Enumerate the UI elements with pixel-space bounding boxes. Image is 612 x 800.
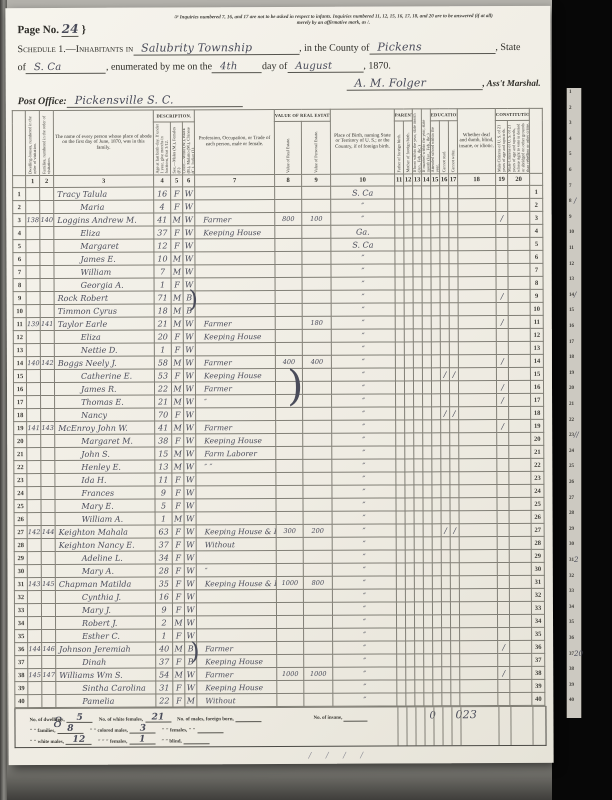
- cell-color: W: [184, 564, 196, 577]
- cell-mother-foreign: [405, 407, 414, 420]
- cell-birthplace: ″: [331, 355, 395, 368]
- cell-occupation: [196, 408, 276, 421]
- cell-real-estate: [276, 589, 303, 602]
- cell-real-estate: [276, 394, 303, 407]
- cell-line-number: 23: [14, 474, 27, 487]
- cell-age: 53: [154, 369, 171, 382]
- cell-name: Nancy: [55, 408, 155, 421]
- cell-personal-estate: [304, 693, 333, 706]
- sliver-line-number: 19: [569, 371, 574, 377]
- cell-color: W: [183, 343, 195, 356]
- cell-male-citizen: /: [497, 420, 509, 433]
- summary-value: [236, 713, 262, 722]
- cell-color: W: [183, 200, 195, 213]
- cell-occupation: Keeping House: [195, 226, 275, 239]
- cell-personal-estate: [304, 615, 333, 628]
- ink-mark-023: 023: [455, 708, 477, 721]
- cell-birth-month: [413, 212, 422, 225]
- col-num-10: 10: [331, 174, 395, 186]
- cell-vote-denied: [509, 406, 531, 419]
- cell-age: 31: [156, 681, 173, 694]
- cell-family: 140: [40, 213, 54, 226]
- cell-birthplace: ″: [332, 550, 396, 563]
- num-blank-left: [13, 176, 26, 188]
- cell-occupation: [196, 473, 276, 486]
- cell-school: [431, 342, 440, 355]
- page-no-label: Page No.: [17, 24, 59, 36]
- cell-cannot-read: [440, 290, 449, 303]
- cell-birthplace: ″: [333, 680, 397, 693]
- cell-sex: F: [172, 564, 184, 577]
- cell-cannot-write: [449, 355, 458, 368]
- cell-deaf-dumb: [458, 303, 496, 316]
- page-no-brace: }: [82, 24, 86, 36]
- footer-grid-rule: [433, 707, 434, 745]
- sliver-line-number: 15: [569, 308, 574, 314]
- state-suffix: , State: [495, 42, 520, 53]
- cell-mother-foreign: [404, 277, 413, 290]
- cell-vote-denied: [508, 276, 530, 289]
- cell-occupation: [196, 603, 276, 616]
- cell-vote-denied: [509, 380, 531, 393]
- cell-dwelling: 138: [26, 214, 40, 227]
- cell-age: 1: [155, 512, 172, 525]
- col-head-male-citizen: Male Citizens of U. S. of 21 years of ag…: [495, 121, 507, 174]
- cell-birth-month: [413, 381, 422, 394]
- sliver-line-number: 9: [569, 215, 572, 221]
- cell-family: [42, 655, 56, 668]
- cell-birth-month: [414, 563, 423, 576]
- cell-line-number-right: 33: [531, 601, 544, 614]
- cell-cannot-read: [440, 225, 449, 238]
- cell-family: [41, 447, 55, 460]
- cell-age: 5: [155, 499, 172, 512]
- cell-vote-denied: [510, 640, 532, 653]
- cell-line-number-right: 17: [531, 393, 544, 406]
- cell-occupation: [196, 499, 276, 512]
- cell-birthplace: ″: [333, 693, 397, 706]
- summary-value: 3: [130, 725, 156, 734]
- cell-mother-foreign: [404, 238, 413, 251]
- cell-birthplace: ″: [332, 459, 396, 472]
- cell-deaf-dumb: [458, 342, 496, 355]
- cell-mother-foreign: [404, 225, 413, 238]
- cell-marriage-month: [422, 238, 431, 251]
- cell-personal-estate: [303, 433, 332, 446]
- cell-age: 13: [155, 460, 172, 473]
- cell-line-number: 9: [13, 292, 26, 305]
- cell-name: Eliza: [54, 226, 154, 239]
- cell-occupation: [195, 239, 275, 252]
- cell-marriage-month: [422, 329, 431, 342]
- cell-real-estate: [276, 485, 303, 498]
- cell-male-citizen: /: [498, 640, 510, 653]
- cell-birthplace: ″: [331, 368, 395, 381]
- cell-line-number: 5: [13, 240, 26, 253]
- cell-line-number-right: 24: [531, 484, 544, 497]
- cell-male-citizen: [498, 614, 510, 627]
- cell-family: [40, 187, 54, 200]
- sliver-ink-mark: //: [574, 431, 579, 439]
- cell-vote-denied: [510, 679, 532, 692]
- cell-birth-month: [415, 615, 424, 628]
- col-head-birthplace: Place of Birth, naming State or Territor…: [330, 109, 394, 174]
- cell-age: 37: [154, 226, 171, 239]
- cell-name: Johnson Jeremiah: [56, 642, 156, 655]
- cell-color: W: [184, 551, 196, 564]
- sliver-line-number: 34: [569, 605, 574, 611]
- cell-mother-foreign: [404, 212, 413, 225]
- cell-male-citizen: /: [498, 666, 510, 679]
- cell-sex: M: [171, 265, 183, 278]
- cell-school: [433, 667, 442, 680]
- cell-birthplace: S. Ca: [331, 186, 395, 199]
- cell-deaf-dumb: [458, 264, 496, 277]
- col-num-12: 12: [404, 174, 413, 186]
- cell-male-citizen: /: [496, 355, 508, 368]
- insane-label: No. of insane,: [313, 716, 342, 721]
- cell-dwelling: [26, 201, 40, 214]
- cell-personal-estate: [303, 550, 332, 563]
- cell-family: [40, 291, 54, 304]
- cell-real-estate: [277, 654, 304, 667]
- sliver-line-number: 28: [569, 511, 574, 517]
- cell-real-estate: 300: [276, 524, 303, 537]
- cell-line-number-right: 1: [530, 185, 543, 198]
- cell-father-foreign: [396, 459, 405, 472]
- sliver-line-number: 16: [569, 324, 574, 330]
- cell-occupation: Keeping House: [197, 655, 277, 668]
- cell-name: Rock Robert: [54, 291, 154, 304]
- cell-marriage-month: [422, 199, 431, 212]
- cell-age: 22: [154, 382, 171, 395]
- cell-sex: M: [172, 395, 184, 408]
- cell-occupation: [195, 187, 275, 200]
- cell-birth-month: [413, 290, 422, 303]
- cell-vote-denied: [509, 549, 531, 562]
- cell-line-number: 17: [14, 396, 27, 409]
- summary-label: No. of white females,: [99, 718, 143, 723]
- cell-name: William: [54, 265, 154, 278]
- cell-family: [41, 460, 55, 473]
- cell-cannot-read: [441, 602, 450, 615]
- cell-name: Boggs Neely J.: [54, 356, 154, 369]
- cell-occupation: ″: [196, 564, 276, 577]
- cell-deaf-dumb: [458, 329, 496, 342]
- cell-occupation: Keeping House: [196, 434, 276, 447]
- cell-birth-month: [414, 550, 423, 563]
- cell-name: Ida H.: [55, 473, 155, 486]
- cell-real-estate: [277, 641, 304, 654]
- col-head-family: Families, numbered in the order of visit…: [39, 110, 53, 175]
- col-head-school: Attended school within the year.: [430, 121, 439, 174]
- cell-sex: F: [171, 239, 183, 252]
- col-head-sex: Sex.—Males (M.), Females (F.): [170, 122, 182, 175]
- cell-deaf-dumb: [460, 628, 498, 641]
- cell-birth-month: [413, 303, 422, 316]
- cell-vote-denied: [509, 536, 531, 549]
- cell-age: 20: [154, 330, 171, 343]
- cell-cannot-write: [449, 212, 458, 225]
- cell-line-number: 29: [14, 552, 27, 565]
- cell-mother-foreign: [404, 264, 413, 277]
- cell-birthplace: ″: [332, 433, 396, 446]
- cell-family: [40, 330, 54, 343]
- cell-deaf-dumb: [458, 199, 496, 212]
- cell-line-number-right: 6: [530, 250, 543, 263]
- cell-dwelling: [26, 292, 40, 305]
- cell-occupation: [197, 616, 277, 629]
- cell-marriage-month: [424, 693, 433, 706]
- sliver-line-number: 22: [569, 418, 574, 424]
- sliver-line-number: 27: [569, 496, 574, 502]
- cell-occupation: Keeping House: [197, 681, 277, 694]
- col-head-dwelling: Dwelling-houses, numbered in the order o…: [25, 111, 39, 176]
- cell-mother-foreign: [405, 602, 414, 615]
- cell-cannot-write: [450, 485, 459, 498]
- cell-vote-denied: [508, 250, 530, 263]
- cell-mother-foreign: [406, 654, 415, 667]
- cell-birthplace: ″: [332, 394, 396, 407]
- cell-deaf-dumb: [459, 589, 497, 602]
- cell-deaf-dumb: [458, 316, 496, 329]
- cell-dwelling: [27, 487, 41, 500]
- cell-occupation: [197, 629, 277, 642]
- cell-marriage-month: [423, 602, 432, 615]
- cell-cannot-read: [440, 303, 449, 316]
- cell-color: M: [185, 694, 197, 707]
- group-real-estate: VALUE OF REAL ESTATE OWNED.: [274, 109, 330, 121]
- cell-mother-foreign: [404, 316, 413, 329]
- cell-male-citizen: [496, 199, 508, 212]
- cell-age: 9: [155, 603, 172, 616]
- cell-cannot-read: [442, 641, 451, 654]
- cell-personal-estate: [303, 602, 332, 615]
- cell-school: [432, 433, 441, 446]
- cell-vote-denied: [509, 432, 531, 445]
- summary-line-3: ″ ″ white males,12″ ″ ″ females,1″ ″ bli…: [30, 735, 216, 745]
- col-num-18: 18: [458, 174, 496, 186]
- cell-mother-foreign: [404, 368, 413, 381]
- cell-personal-estate: [303, 563, 332, 576]
- cell-mother-foreign: [404, 303, 413, 316]
- cell-birth-month: [415, 667, 424, 680]
- cell-real-estate: 1000: [277, 667, 304, 680]
- col-num-6: 6: [183, 175, 195, 187]
- cell-sex: M: [171, 317, 183, 330]
- month-value: August: [287, 61, 363, 73]
- cell-age: 71: [154, 291, 171, 304]
- cell-birthplace: ″: [332, 602, 396, 615]
- cell-sex: M: [172, 512, 184, 525]
- cell-school: [432, 472, 441, 485]
- cell-sex: M: [172, 460, 184, 473]
- cell-family: [40, 252, 54, 265]
- cell-mother-foreign: [404, 186, 413, 199]
- cell-dwelling: [27, 435, 41, 448]
- cell-cannot-write: /: [450, 407, 459, 420]
- cell-vote-denied: [508, 328, 530, 341]
- cell-mother-foreign: [406, 693, 415, 706]
- cell-cannot-read: /: [441, 407, 450, 420]
- cell-male-citizen: [498, 653, 510, 666]
- cell-line-number: 4: [13, 227, 26, 240]
- cell-age: 38: [155, 434, 172, 447]
- cell-age: 4: [154, 200, 171, 213]
- cell-color: W: [184, 460, 196, 473]
- summary-label: No. of males, foreign born,: [177, 717, 234, 722]
- cell-mother-foreign: [405, 459, 414, 472]
- cell-birthplace: ″: [332, 472, 396, 485]
- cell-real-estate: [276, 563, 303, 576]
- footer-grid-rule: [460, 707, 461, 745]
- cell-name: McEnroy John W.: [55, 421, 155, 434]
- cell-occupation: Farmer: [197, 668, 277, 681]
- cell-occupation: ″: [196, 395, 276, 408]
- insane-value: [344, 716, 368, 722]
- sliver-line-number: 26: [569, 480, 574, 486]
- cell-marriage-month: [424, 615, 433, 628]
- cell-real-estate: [276, 407, 303, 420]
- cell-mother-foreign: [405, 472, 414, 485]
- cell-line-number: 12: [13, 331, 26, 344]
- cell-school: [432, 576, 441, 589]
- cell-line-number: 28: [14, 539, 27, 552]
- cell-cannot-read: [442, 680, 451, 693]
- cell-personal-estate: [303, 446, 332, 459]
- cell-sex: F: [172, 499, 184, 512]
- cell-birthplace: ″: [331, 212, 395, 225]
- cell-deaf-dumb: [459, 407, 497, 420]
- summary-label: No. of dwellings,: [29, 718, 64, 723]
- cell-name: Mary A.: [55, 564, 155, 577]
- cell-cannot-read: [441, 589, 450, 602]
- cell-real-estate: [275, 186, 302, 199]
- cell-line-number-right: 32: [531, 588, 544, 601]
- cell-cannot-write: [450, 472, 459, 485]
- cell-birth-month: [414, 537, 423, 550]
- cell-dwelling: [28, 630, 42, 643]
- cell-name: James E.: [54, 252, 154, 265]
- cell-color: B: [185, 642, 197, 655]
- cell-birthplace: ″: [333, 654, 397, 667]
- cell-line-number-right: 2: [530, 198, 543, 211]
- cell-occupation: [196, 486, 276, 499]
- cell-dwelling: [28, 695, 42, 708]
- cell-cannot-read: [441, 394, 450, 407]
- cell-cannot-write: [450, 602, 459, 615]
- cell-family: [41, 473, 55, 486]
- cell-marriage-month: [422, 316, 431, 329]
- cell-male-citizen: [497, 562, 509, 575]
- cell-cannot-read: [440, 238, 449, 251]
- cell-sex: F: [171, 343, 183, 356]
- cell-personal-estate: 100: [302, 212, 331, 225]
- cell-birthplace: ″: [331, 199, 395, 212]
- cell-cannot-read: [441, 459, 450, 472]
- cell-school: [432, 563, 441, 576]
- cell-name: Eliza: [54, 330, 154, 343]
- cell-family: [40, 265, 54, 278]
- cell-cannot-write: [449, 264, 458, 277]
- cell-personal-estate: [304, 654, 333, 667]
- cell-dwelling: 139: [26, 318, 40, 331]
- cell-real-estate: [276, 537, 303, 550]
- cell-real-estate: [275, 342, 302, 355]
- cell-dwelling: [27, 448, 41, 461]
- cell-age: 35: [155, 577, 172, 590]
- cell-marriage-month: [423, 485, 432, 498]
- cell-father-foreign: [397, 680, 406, 693]
- cell-cannot-write: [451, 693, 460, 706]
- cell-cannot-read: [440, 316, 449, 329]
- cell-cannot-read: [440, 251, 449, 264]
- cell-sex: F: [171, 369, 183, 382]
- cell-line-number-right: 27: [531, 523, 544, 536]
- cell-birth-month: [414, 446, 423, 459]
- cell-family: [41, 564, 55, 577]
- cell-mother-foreign: [405, 511, 414, 524]
- cell-dwelling: [26, 383, 40, 396]
- post-office-line: Post Office: Pickensville S. C.: [18, 92, 541, 108]
- cell-birthplace: ″: [333, 615, 397, 628]
- cell-dwelling: [27, 552, 41, 565]
- cell-birth-month: [415, 641, 424, 654]
- cell-marriage-month: [423, 394, 432, 407]
- cell-name: Loggins Andrew M.: [54, 213, 154, 226]
- cell-name: Esther C.: [56, 629, 156, 642]
- col-head-color: Color.—White (W.), Black (B.), Mulatto (…: [182, 122, 194, 175]
- cell-marriage-month: [423, 433, 432, 446]
- cell-age: 63: [155, 525, 172, 538]
- cell-marriage-month: [422, 355, 431, 368]
- cell-father-foreign: [396, 498, 405, 511]
- cell-father-foreign: [395, 329, 404, 342]
- footer-grid-rule: [415, 707, 416, 745]
- cell-birthplace: ″: [333, 628, 397, 641]
- col-num-20: 20: [508, 173, 530, 185]
- cell-birth-month: [413, 238, 422, 251]
- cell-family: [42, 616, 56, 629]
- cell-father-foreign: [396, 576, 405, 589]
- cell-line-number: 40: [15, 695, 28, 708]
- summary-line-2: ″ ″ families,8″ ″ colored males,3″ ″ fem…: [29, 724, 229, 734]
- cell-mother-foreign: [405, 550, 414, 563]
- cell-deaf-dumb: [460, 680, 498, 693]
- cell-birth-month: [413, 316, 422, 329]
- county-label: , in the County of: [299, 43, 369, 54]
- table-wrap: Dwelling-houses, numbered in the order o…: [6, 108, 554, 708]
- sliver-line-number: 21: [569, 402, 574, 408]
- cell-line-number: 7: [13, 266, 26, 279]
- cell-line-number-right: 19: [531, 419, 544, 432]
- cell-color: W: [183, 187, 195, 200]
- cell-color: W: [184, 421, 196, 434]
- cell-family: [41, 486, 55, 499]
- cell-age: 21: [154, 317, 171, 330]
- cell-line-number: 24: [14, 487, 27, 500]
- cell-cannot-write: /: [450, 524, 459, 537]
- col-num-17: 17: [449, 174, 458, 186]
- cell-age: 2: [156, 616, 173, 629]
- cell-cannot-read: [441, 420, 450, 433]
- cell-family: [40, 226, 54, 239]
- cell-personal-estate: [303, 459, 332, 472]
- cell-male-citizen: [496, 251, 508, 264]
- cell-personal-estate: [304, 641, 333, 654]
- summary-line-1: No. of dwellings,5No. of white females,2…: [29, 713, 267, 723]
- cell-dwelling: [26, 240, 40, 253]
